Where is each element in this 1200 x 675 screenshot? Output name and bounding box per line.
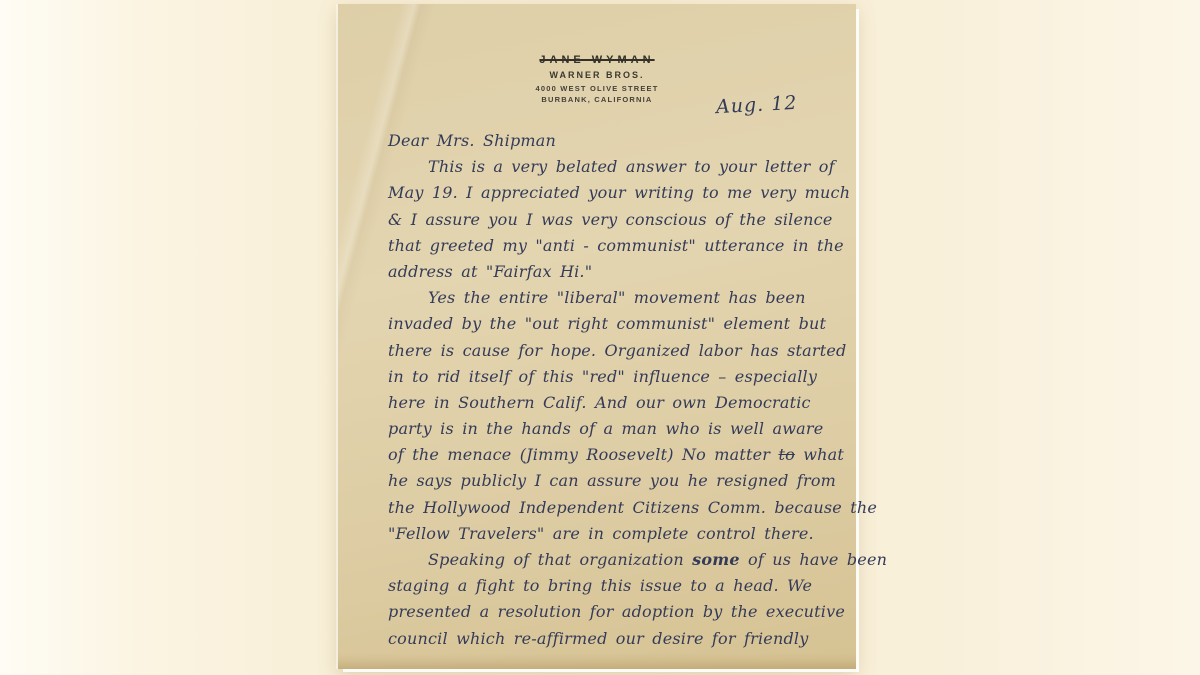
handwritten-date: Aug. 12: [715, 92, 797, 118]
letter-line: "Fellow Travelers" are in complete contr…: [388, 524, 838, 550]
letter-line: council which re-affirmed our desire for…: [388, 629, 838, 655]
struck-out-word: to: [778, 445, 794, 464]
letter-line: that greeted my "anti - communist" utter…: [388, 236, 838, 262]
letter-line-with-strikeout: of the menace (Jimmy Roosevelt) No matte…: [388, 445, 838, 471]
letter-line: & I assure you I was very conscious of t…: [388, 210, 838, 236]
letter-line-with-overwrite: Speaking of that organization some of us…: [388, 550, 838, 576]
letter-line: there is cause for hope. Organized labor…: [388, 341, 838, 367]
letter-line: Yes the entire "liberal" movement has be…: [388, 288, 838, 314]
letter-line: address at "Fairfax Hi.": [388, 262, 838, 288]
letter-line: presented a resolution for adoption by t…: [388, 602, 838, 628]
line-text: what: [795, 445, 844, 464]
line-text: of the menace (Jimmy Roosevelt) No matte…: [388, 445, 778, 464]
line-text: of us have been: [740, 550, 887, 569]
letter-line: in to rid itself of this "red" influence…: [388, 367, 838, 393]
letter-line: May 19. I appreciated your writing to me…: [388, 183, 838, 209]
letter-line: here in Southern Calif. And our own Demo…: [388, 393, 838, 419]
salutation: Dear Mrs. Shipman: [388, 131, 838, 157]
letter-line: invaded by the "out right communist" ele…: [388, 314, 838, 340]
line-text: Speaking of that organization: [428, 550, 692, 569]
letter-line: the Hollywood Independent Citizens Comm.…: [388, 498, 838, 524]
letter-line: party is in the hands of a man who is we…: [388, 419, 838, 445]
letter-page: JANE WYMAN WARNER BROS. 4000 WEST OLIVE …: [338, 4, 856, 669]
letter-line: he says publicly I can assure you he res…: [388, 471, 838, 497]
overwritten-word: some: [692, 550, 740, 569]
letter-body: Dear Mrs. Shipman This is a very belated…: [388, 131, 838, 655]
letter-line: This is a very belated answer to your le…: [388, 157, 838, 183]
letter-line: staging a fight to bring this issue to a…: [388, 576, 838, 602]
letterhead-name-struck: JANE WYMAN: [338, 54, 856, 66]
letterhead-company: WARNER BROS.: [338, 70, 856, 80]
